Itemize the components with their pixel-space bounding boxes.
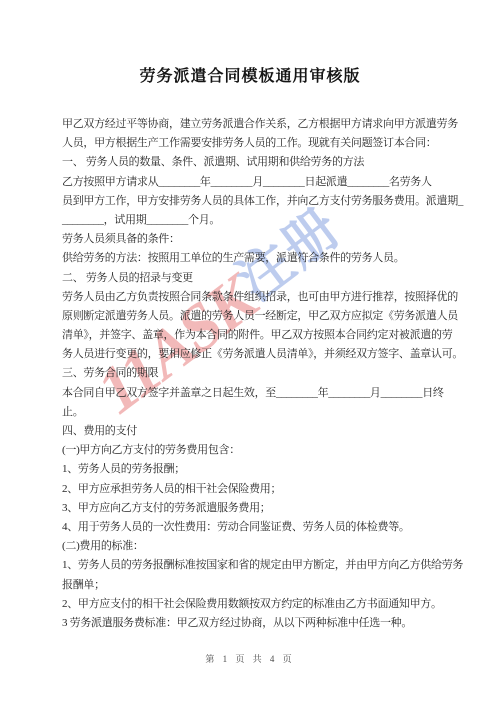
text-line: 4、用于劳务人员的一次性费用：劳动合同鉴证费、劳务人员的体检费等。 — [62, 518, 472, 537]
text-line: 四、费用的支付 — [62, 422, 472, 441]
text-line: 1、劳务人员的劳务报酬标准按国家和省的规定由甲方断定，并由甲方向乙方供给劳务 — [62, 556, 472, 575]
text-line: (一)甲方向乙方支付的劳务费用包含： — [62, 441, 472, 460]
text-line: 劳务人员须具备的条件： — [62, 230, 472, 249]
text-line: ________，试用期________个月。 — [62, 211, 472, 230]
text-line: 二、 劳务人员的招录与变更 — [62, 269, 472, 288]
text-line: 一、 劳务人员的数量、条件、派遣期、试用期和供给劳务的方法 — [62, 153, 472, 172]
text-line: 3 劳务派遣服务费标准：甲乙双方经过协商，从以下两种标准中任选一种。 — [62, 614, 472, 633]
text-line: 员到甲方工作，甲方安排劳务人员的具体工作，并向乙方支付劳务服务费用。派遣期_ — [62, 192, 472, 211]
text-line: 三、劳务合同的期限 — [62, 364, 472, 383]
text-line: 原则断定派遣劳务人员。派遣的劳务人员一经断定，甲乙双方应拟定《劳务派遣人员 — [62, 307, 472, 326]
text-line: 1、劳务人员的劳务报酬； — [62, 460, 472, 479]
text-line: 劳务人员由乙方负责按照合同条款条件组织招录，也可由甲方进行推荐，按照择优的 — [62, 288, 472, 307]
text-line: 清单》，并签字、盖章，作为本合同的附件。甲乙双方按照本合同约定对被派遣的劳 — [62, 326, 472, 345]
text-line: 止。 — [62, 403, 472, 422]
text-line: 乙方按照甲方请求从________年________月________日起派遣_… — [62, 173, 472, 192]
text-line: 3、甲方应向乙方支付的劳务派遣服务费用； — [62, 499, 472, 518]
text-line: 甲乙双方经过平等协商，建立劳务派遣合作关系，乙方根据甲方请求向甲方派遣劳务 — [62, 115, 472, 134]
text-line: 本合同自甲乙双方签字并盖章之日起生效，至________年________月__… — [62, 384, 472, 403]
page-number: 第 1 页 共 4 页 — [0, 652, 500, 665]
text-line: 人员，甲方根据生产工作需要安排劳务人员的工作。现就有关问题签订本合同： — [62, 134, 472, 153]
document-page: 11ASK注册 劳务派遣合同模板通用审核版 甲乙双方经过平等协商，建立劳务派遣合… — [0, 0, 500, 706]
document-body: 甲乙双方经过平等协商，建立劳务派遣合作关系，乙方根据甲方请求向甲方派遣劳务 人员… — [62, 115, 472, 633]
text-line: 务人员进行变更的，要相应修正《劳务派遣人员清单》，并须经双方签字、盖章认可。 — [62, 345, 472, 364]
text-line: 2、甲方应承担劳务人员的相干社会保险费用； — [62, 480, 472, 499]
text-line: 供给劳务的方法：按照用工单位的生产需要，派遣符合条件的劳务人员。 — [62, 249, 472, 268]
document-title: 劳务派遣合同模板通用审核版 — [0, 63, 500, 86]
text-line: 2、甲方应支付的相干社会保险费用数额按双方约定的标准由乙方书面通知甲方。 — [62, 595, 472, 614]
text-line: 报酬单； — [62, 576, 472, 595]
text-line: (二)费用的标准： — [62, 537, 472, 556]
